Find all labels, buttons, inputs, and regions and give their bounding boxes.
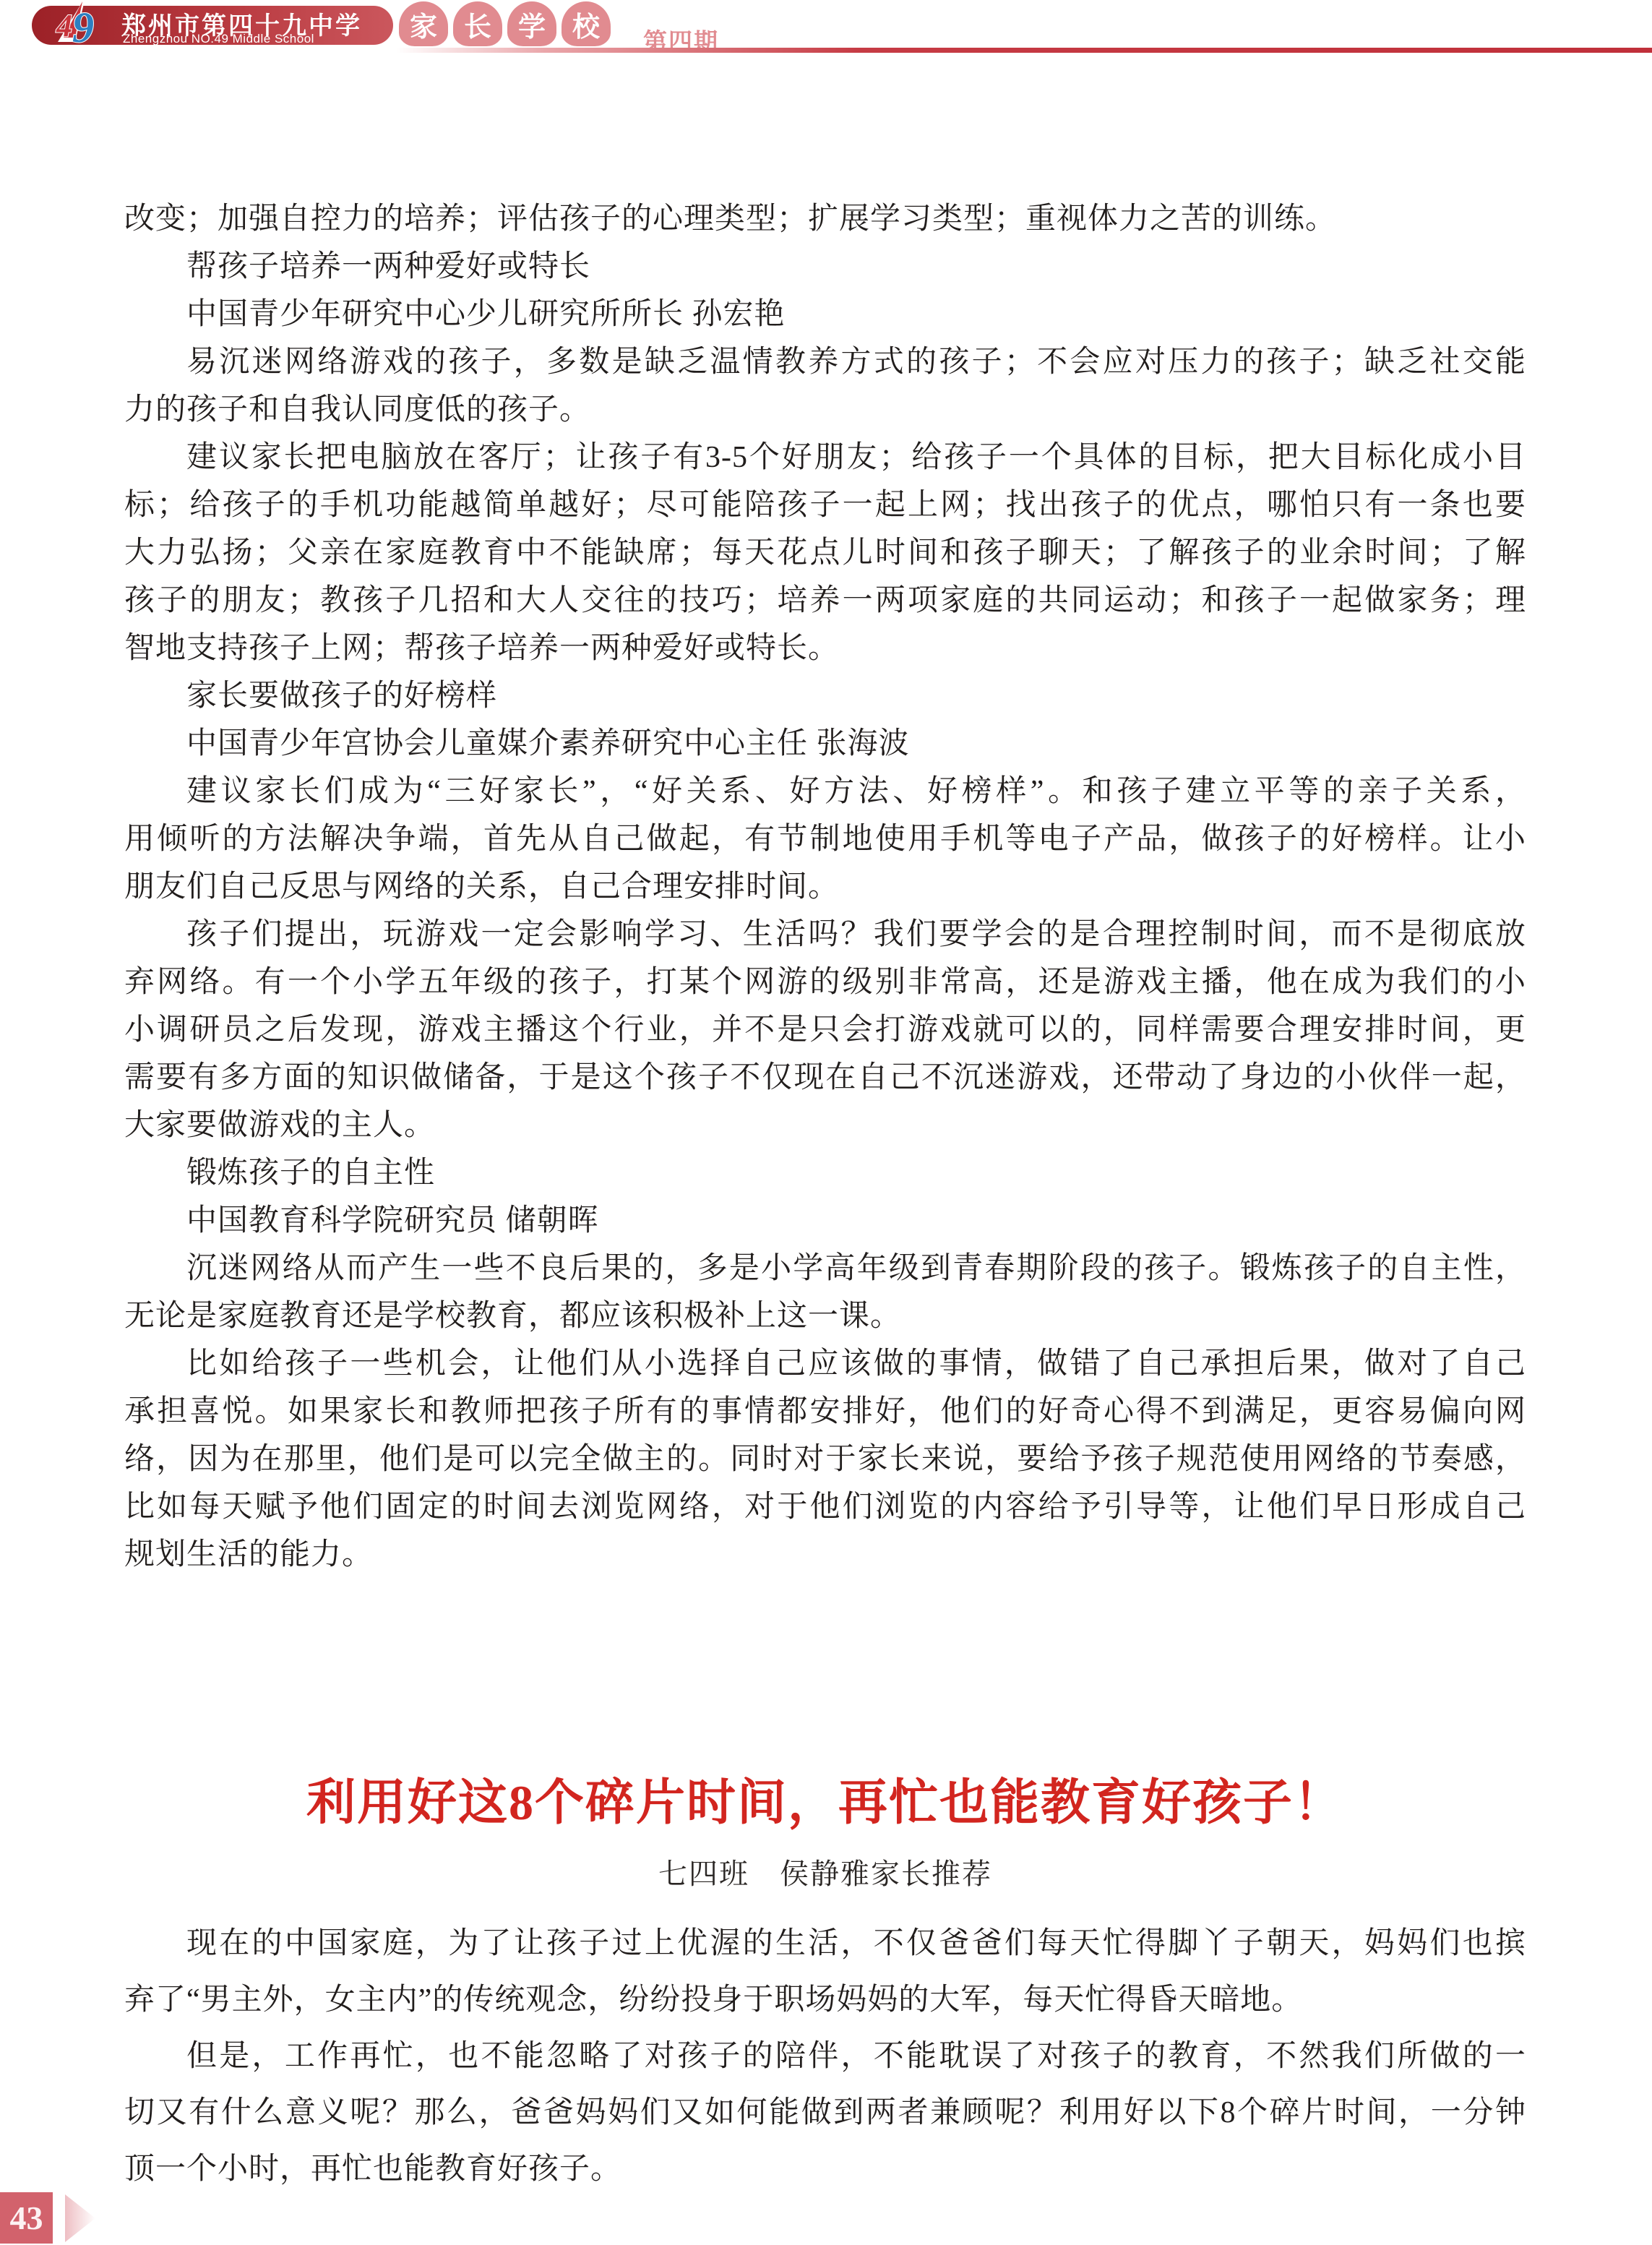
school-logo-49-icon: 9 4 <box>38 0 124 52</box>
article-2-body: 现在的中国家庭，为了让孩子过上优渥的生活，不仅爸爸们每天忙得脚丫子朝天，妈妈们也… <box>124 1915 1526 2197</box>
school-name-en: Zhengzhou NO.49 Middle School <box>123 32 314 46</box>
article-2-byline: 七四班 侯静雅家长推荐 <box>124 1851 1526 1892</box>
text-line: 承担喜悦。如果家长和教师把孩子所有的事情都安排好，他们的好奇心得不到满足，更容易… <box>124 1388 1526 1435</box>
text-line: 标；给孩子的手机功能越简单越好；尽可能陪孩子一起上网；找出孩子的优点，哪怕只有一… <box>124 481 1526 529</box>
badge-jia: 家 <box>399 1 448 46</box>
text-line: 大家要做游戏的主人。 <box>124 1102 1526 1149</box>
logo-digit-4: 4 <box>56 8 72 43</box>
text-line: 建议家长把电脑放在客厅；让孩子有3-5个好朋友；给孩子一个具体的目标，把大目标化… <box>124 434 1526 481</box>
page-number-badge: 43 <box>0 2192 53 2244</box>
text-line: 孩子们提出，玩游戏一定会影响学习、生活吗？我们要学会的是合理控制时间，而不是彻底… <box>124 911 1526 958</box>
text-line: 沉迷网络从而产生一些不良后果的，多是小学高年级到青春期阶段的孩子。锻炼孩子的自主… <box>124 1245 1526 1292</box>
badge-xue: 学 <box>507 1 556 46</box>
masthead-badges: 家 长 学 校 <box>399 1 611 46</box>
text-line: 中国教育科学院研究员 储朝晖 <box>124 1197 1526 1245</box>
text-line: 弃了“男主外，女主内”的传统观念，纷纷投身于职场妈妈的大军，每天忙得昏天暗地。 <box>124 1972 1526 2028</box>
article-1-body: 改变；加强自控力的培养；评估孩子的心理类型；扩展学习类型；重视体力之苦的训练。 … <box>124 195 1526 1579</box>
article-2-title: 利用好这8个碎片时间，再忙也能教育好孩子！ <box>124 1764 1526 1834</box>
text-line: 无论是家庭教育还是学校教育，都应该积极补上这一课。 <box>124 1292 1526 1340</box>
text-line: 用倾听的方法解决争端，首先从自己做起，有节制地使用手机等电子产品，做孩子的好榜样… <box>124 815 1526 863</box>
header-rule <box>0 48 1652 53</box>
badge-zhang: 长 <box>453 1 502 46</box>
text-line: 朋友们自己反思与网络的关系，自己合理安排时间。 <box>124 863 1526 911</box>
text-line: 弃网络。有一个小学五年级的孩子，打某个网游的级别非常高，还是游戏主播，他在成为我… <box>124 958 1526 1006</box>
text-line: 小调研员之后发现，游戏主播这个行业，并不是只会打游戏就可以的，同样需要合理安排时… <box>124 1006 1526 1054</box>
text-line: 易沉迷网络游戏的孩子，多数是缺乏温情教养方式的孩子；不会应对压力的孩子；缺乏社交… <box>124 338 1526 386</box>
text-line: 络，因为在那里，他们是可以完全做主的。同时对于家长来说，要给予孩子规范使用网络的… <box>124 1435 1526 1483</box>
newsletter-page: 9 4 郑州市第四十九中学 Zhengzhou NO.49 Middle Sch… <box>0 0 1652 2245</box>
text-line: 孩子的朋友；教孩子几招和大人交往的技巧；培养一两项家庭的共同运动；和孩子一起做家… <box>124 577 1526 624</box>
text-line: 比如给孩子一些机会，让他们从小选择自己应该做的事情，做错了自己承担后果，做对了自… <box>124 1340 1526 1388</box>
text-line: 中国青少年研究中心少儿研究所所长 孙宏艳 <box>124 291 1526 338</box>
text-line: 智地支持孩子上网；帮孩子培养一两种爱好或特长。 <box>124 624 1526 672</box>
page-number-arrow-icon <box>65 2194 95 2242</box>
text-line: 大力弘扬；父亲在家庭教育中不能缺席；每天花点儿时间和孩子聊天；了解孩子的业余时间… <box>124 529 1526 577</box>
text-line: 顶一个小时，再忙也能教育好孩子。 <box>124 2141 1526 2197</box>
text-line: 但是，工作再忙，也不能忽略了对孩子的陪伴，不能耽误了对孩子的教育，不然我们所做的… <box>124 2028 1526 2085</box>
text-line: 现在的中国家庭，为了让孩子过上优渥的生活，不仅爸爸们每天忙得脚丫子朝天，妈妈们也… <box>124 1915 1526 1972</box>
text-line: 规划生活的能力。 <box>124 1531 1526 1579</box>
article-2-heading: 利用好这8个碎片时间，再忙也能教育好孩子！ 七四班 侯静雅家长推荐 <box>124 1764 1526 1892</box>
text-line: 力的孩子和自我认同度低的孩子。 <box>124 386 1526 434</box>
text-line: 中国青少年宫协会儿童媒介素养研究中心主任 张海波 <box>124 720 1526 768</box>
logo-digit-9: 9 <box>72 4 94 51</box>
text-line: 帮孩子培养一两种爱好或特长 <box>124 243 1526 291</box>
text-line: 需要有多方面的知识做储备，于是这个孩子不仅现在自己不沉迷游戏，还带动了身边的小伙… <box>124 1054 1526 1102</box>
text-line: 家长要做孩子的好榜样 <box>124 672 1526 720</box>
text-line: 建议家长们成为“三好家长”，“好关系、好方法、好榜样”。和孩子建立平等的亲子关系… <box>124 768 1526 815</box>
text-line: 锻炼孩子的自主性 <box>124 1149 1526 1197</box>
text-line: 切又有什么意义呢？那么，爸爸妈妈们又如何能做到两者兼顾呢？利用好以下8个碎片时间… <box>124 2085 1526 2141</box>
badge-xiao: 校 <box>562 1 611 46</box>
text-line: 比如每天赋予他们固定的时间去浏览网络，对于他们浏览的内容给予引导等，让他们早日形… <box>124 1483 1526 1531</box>
text-line: 改变；加强自控力的培养；评估孩子的心理类型；扩展学习类型；重视体力之苦的训练。 <box>124 195 1526 243</box>
